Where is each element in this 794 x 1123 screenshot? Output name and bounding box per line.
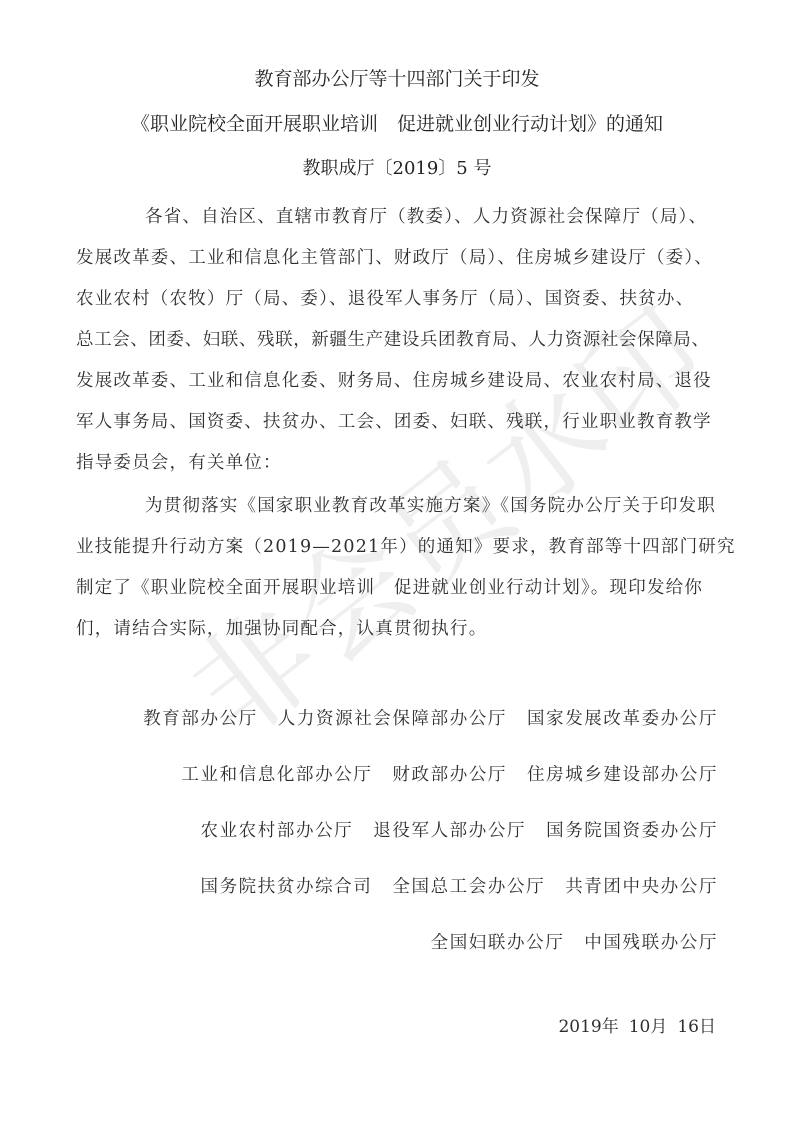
body-line-1: 为贯彻落实《国家职业教育改革实施方案》《国务院办公厅关于印发职 — [145, 495, 723, 517]
date-day: 16日 — [677, 1017, 716, 1037]
addressee-line-1: 各省、自治区、直辖市教育厅（教委）、人力资源社会保障厅（局）、 — [145, 206, 723, 228]
body-line-4: 们，请结合实际，加强协同配合，认真贯彻执行。 — [76, 618, 724, 640]
signatory: 工业和信息化部办公厅 — [181, 765, 372, 785]
signatory: 国家发展改革委办公厅 — [527, 709, 718, 729]
addressee-line-2: 发展改革委、工业和信息化主管部门、财政厅（局）、住房城乡建设厅（委）、 — [76, 247, 724, 269]
signatory: 中国残联办公厅 — [584, 933, 718, 953]
addressee-line-4: 总工会、团委、妇联、残联，新疆生产建设兵团教育局、人力资源社会保障局、 — [76, 329, 724, 351]
signatory: 人力资源社会保障部办公厅 — [278, 709, 507, 729]
signatory-row-2: 工业和信息化部办公厅财政部办公厅住房城乡建设部办公厅 — [181, 764, 718, 786]
document-title-line-2: 《职业院校全面开展职业培训 促进就业创业行动计划》的通知 — [0, 113, 794, 135]
signatory: 住房城乡建设部办公厅 — [527, 765, 718, 785]
signatory: 财政部办公厅 — [392, 765, 507, 785]
document-page: 非会员水印 教育部办公厅等十四部门关于印发 《职业院校全面开展职业培训 促进就业… — [0, 0, 794, 1123]
signatory: 国务院国资委办公厅 — [546, 821, 718, 841]
signatory-row-4: 国务院扶贫办综合司全国总工会办公厅共青团中央办公厅 — [200, 876, 718, 898]
document-title-line-1: 教育部办公厅等十四部门关于印发 — [0, 68, 794, 90]
signatory: 共青团中央办公厅 — [565, 877, 718, 897]
signatory: 农业农村部办公厅 — [200, 821, 353, 841]
document-date: 2019年10月16日 — [558, 1016, 716, 1038]
body-line-3: 制定了《职业院校全面开展职业培训 促进就业创业行动计划》。现印发给你 — [76, 577, 724, 599]
date-month: 10月 — [629, 1017, 668, 1037]
signatory: 国务院扶贫办综合司 — [200, 877, 372, 897]
addressee-line-3: 农业农村（农牧）厅（局、委）、退役军人事务厅（局）、国资委、扶贫办、 — [76, 288, 724, 310]
document-number: 教职成厅〔2019〕5 号 — [0, 158, 794, 180]
signatory-row-3: 农业农村部办公厅退役军人部办公厅国务院国资委办公厅 — [200, 820, 718, 842]
signatory: 教育部办公厅 — [143, 709, 258, 729]
body-line-2: 业技能提升行动方案（2019—2021年）的通知》要求，教育部等十四部门研究 — [76, 536, 724, 558]
addressee-line-7: 指导委员会，有关单位： — [76, 452, 724, 474]
addressee-line-5: 发展改革委、工业和信息化委、财务局、住房城乡建设局、农业农村局、退役 — [76, 370, 724, 392]
addressee-line-6: 军人事务局、国资委、扶贫办、工会、团委、妇联、残联，行业职业教育教学 — [76, 411, 724, 433]
signatory: 退役军人部办公厅 — [373, 821, 526, 841]
signatory: 全国总工会办公厅 — [392, 877, 545, 897]
signatory-row-5: 全国妇联办公厅中国残联办公厅 — [431, 932, 718, 954]
date-year: 2019年 — [558, 1017, 618, 1037]
signatory: 全国妇联办公厅 — [431, 933, 565, 953]
signatory-row-1: 教育部办公厅人力资源社会保障部办公厅国家发展改革委办公厅 — [143, 708, 718, 730]
